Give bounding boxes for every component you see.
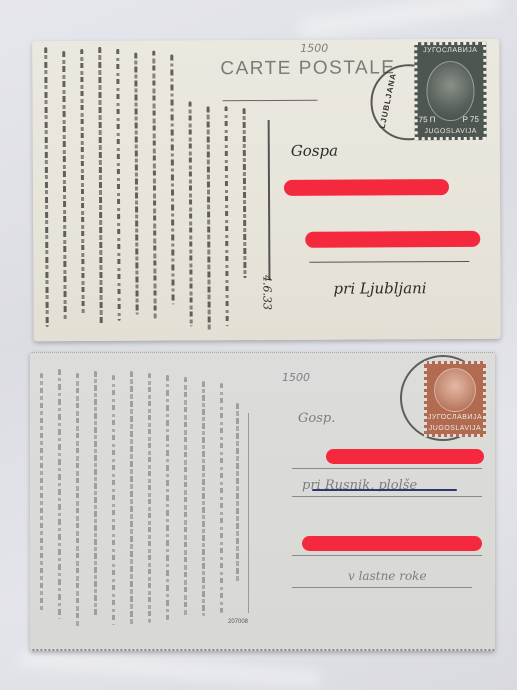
address-rule bbox=[292, 587, 472, 588]
fabric-fold bbox=[300, 0, 501, 39]
stamp-country-latin: JUGOSLAVIJA bbox=[429, 423, 481, 434]
address-city: pri Ljubljani bbox=[333, 279, 426, 297]
address-salutation: Gospa bbox=[291, 142, 338, 160]
divider-line bbox=[248, 413, 249, 613]
redacted-address-line bbox=[284, 179, 449, 196]
address-delivery-note: v lastne roke bbox=[348, 569, 427, 583]
postcard-top: CARTE POSTALE 1500 4.6.33 LJUBLJANA ЈУГО… bbox=[32, 39, 501, 341]
postage-stamp: ЈУГОСЛАВИЈА JUGOSLAVIJA bbox=[414, 42, 487, 140]
stamp-value-left: 75 П bbox=[419, 115, 436, 124]
redacted-address-line bbox=[305, 231, 480, 248]
divider-line bbox=[268, 120, 271, 280]
ink-strikethrough bbox=[312, 489, 457, 491]
price-note: 1500 bbox=[282, 371, 310, 384]
redacted-address-line bbox=[302, 536, 482, 551]
stamp-value-right: P 75 bbox=[463, 115, 479, 124]
print-code: 207008 bbox=[228, 619, 248, 625]
address-salutation: Gosp. bbox=[298, 411, 335, 426]
postcard-bottom: 1500 207008 ЈУГОСЛАВИЈА JUGOSLAVIJA Gosp… bbox=[30, 352, 495, 651]
stamp-country-latin: JUGOSLAVIJA bbox=[424, 126, 477, 137]
address-rule bbox=[292, 555, 482, 556]
king-portrait bbox=[426, 61, 474, 120]
handwritten-message bbox=[36, 363, 246, 643]
redacted-address-line bbox=[326, 449, 484, 464]
king-portrait bbox=[434, 368, 475, 412]
address-rule bbox=[292, 496, 482, 497]
price-note: 1500 bbox=[300, 42, 328, 55]
address-rule bbox=[309, 261, 469, 263]
stamp-country-cyrillic: ЈУГОСЛАВИЈА bbox=[428, 412, 482, 423]
fabric-fold bbox=[20, 650, 321, 689]
address-rule bbox=[292, 468, 482, 469]
date-text: 4.6.33 bbox=[260, 275, 273, 310]
stamp-country-cyrillic: ЈУГОСЛАВИЈА bbox=[423, 45, 477, 56]
handwritten-message bbox=[36, 46, 266, 335]
postage-stamp: ЈУГОСЛАВИЈА JUGOSLAVIJA bbox=[424, 361, 486, 437]
